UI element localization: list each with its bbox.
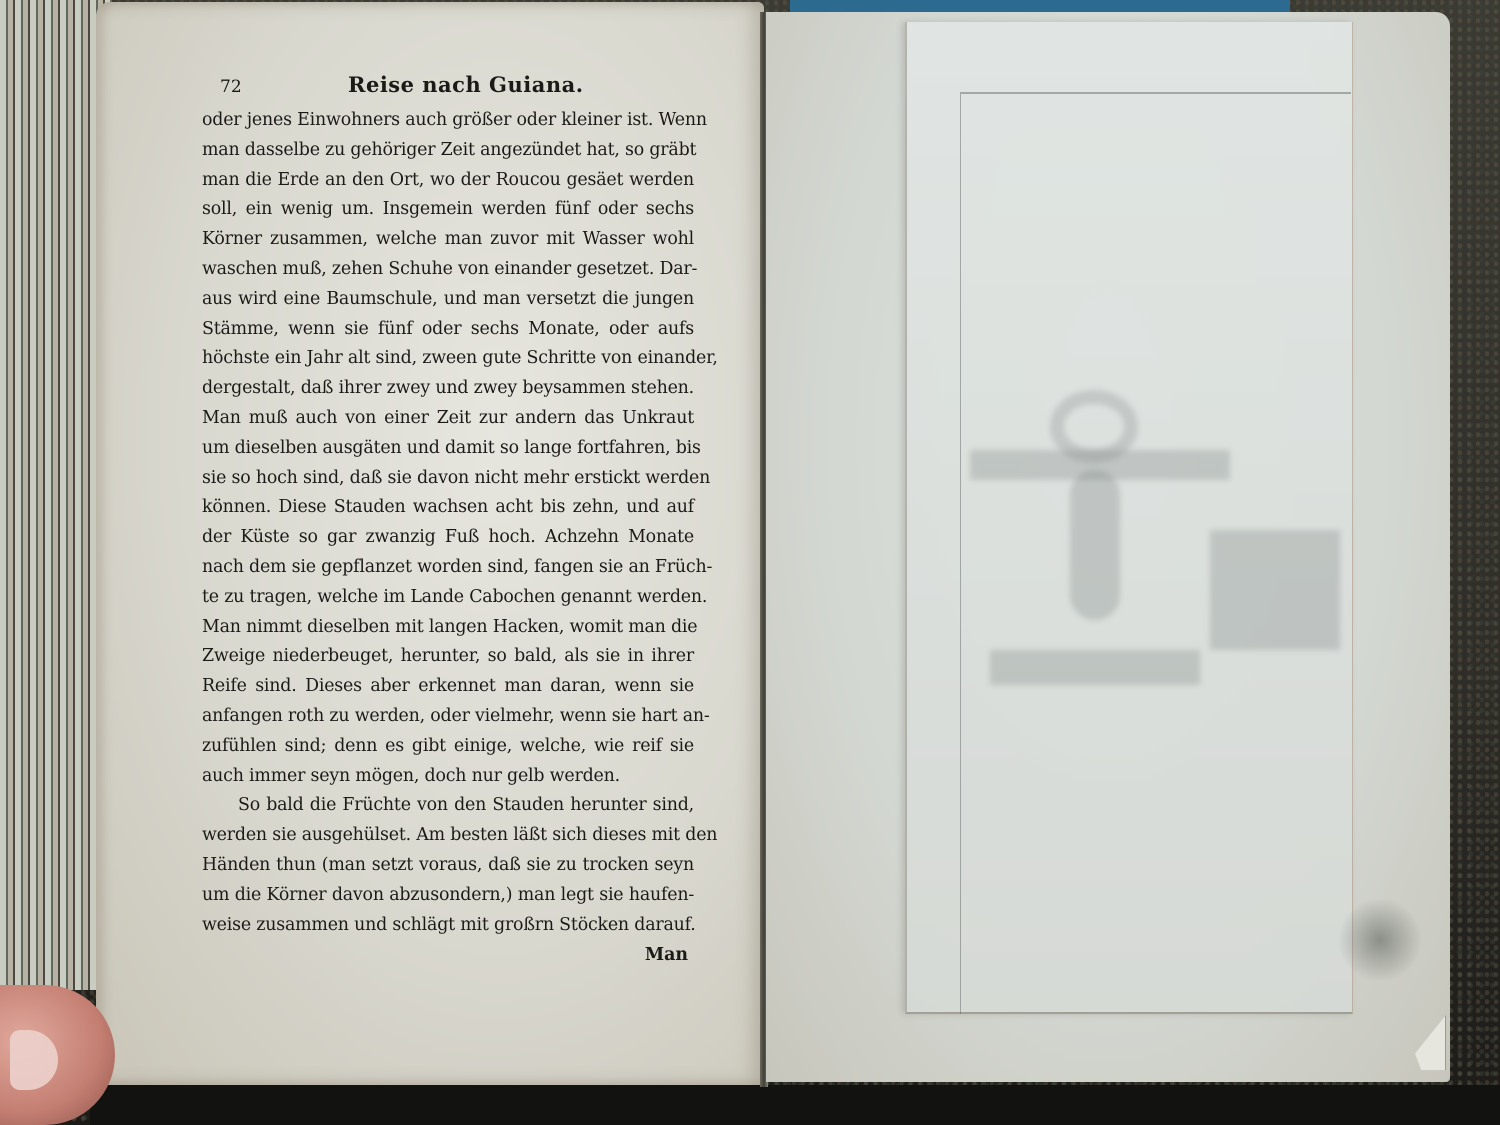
dirt-smudge: [1335, 900, 1425, 980]
text-line: können. Diese Stauden wachsen acht bis z…: [202, 493, 694, 523]
text-line: oder jenes Einwohners auch größer oder k…: [202, 106, 694, 136]
text-line: höchste ein Jahr alt sind, zween gute Sc…: [202, 344, 694, 374]
paragraph-1: oder jenes Einwohners auch größer oder k…: [202, 106, 694, 791]
catchword: Man: [202, 940, 694, 970]
text-line: Körner zusammen, welche man zuvor mit Wa…: [202, 225, 694, 255]
text-line: So bald die Früchte von den Stauden heru…: [202, 791, 694, 821]
text-line: aus wird eine Baumschule, und man verset…: [202, 285, 694, 315]
text-line: man dasselbe zu gehöriger Zeit angezünde…: [202, 136, 694, 166]
text-line: zufühlen sind; denn es gibt einige, welc…: [202, 732, 694, 762]
text-line: Händen thun (man setzt voraus, daß sie z…: [202, 851, 694, 881]
text-line: der Küste so gar zwanzig Fuß hoch. Achze…: [202, 523, 694, 553]
text-line: soll, ein wenig um. Insgemein werden fün…: [202, 195, 694, 225]
text-line: Man muß auch von einer Zeit zur andern d…: [202, 404, 694, 434]
text-line: weise zusammen und schlägt mit großrn St…: [202, 911, 694, 941]
text-line: man die Erde an den Ort, wo der Roucou g…: [202, 166, 694, 196]
text-line: werden sie ausgehülset. Am besten läßt s…: [202, 821, 694, 851]
text-line: nach dem sie gepflanzet worden sind, fan…: [202, 553, 694, 583]
show-through-shape: [990, 650, 1200, 685]
paragraph-2: So bald die Früchte von den Stauden heru…: [202, 791, 694, 940]
text-line: um dieselben ausgäten und damit so lange…: [202, 434, 694, 464]
running-title: Reise nach Guiana.: [348, 72, 584, 97]
text-line: te zu tragen, welche im Lande Cabochen g…: [202, 583, 694, 613]
page-number: 72: [202, 77, 348, 97]
text-line: Stämme, wenn sie fünf oder sechs Monate,…: [202, 315, 694, 345]
blue-book-cover-edge: [790, 0, 1290, 12]
text-line: anfangen roth zu werden, oder vielmehr, …: [202, 702, 694, 732]
text-line: dergestalt, daß ihrer zwey und zwey beys…: [202, 374, 694, 404]
book-photo: 72 Reise nach Guiana. oder jenes Einwohn…: [0, 0, 1500, 1125]
text-line: waschen muß, zehen Schuhe von einander g…: [202, 255, 694, 285]
text-line: auch immer seyn mögen, doch nur gelb wer…: [202, 762, 694, 792]
text-line: sie so hoch sind, daß sie davon nicht me…: [202, 464, 694, 494]
left-page-text: 72 Reise nach Guiana. oder jenes Einwohn…: [202, 72, 694, 970]
text-line: Man nimmt dieselben mit langen Hacken, w…: [202, 613, 694, 643]
text-line: um die Körner davon abzusondern,) man le…: [202, 881, 694, 911]
show-through-shape: [1070, 470, 1120, 620]
text-line: Zweige niederbeuget, herunter, so bald, …: [202, 642, 694, 672]
running-head: 72 Reise nach Guiana.: [202, 72, 694, 106]
show-through-shape: [1210, 530, 1340, 650]
shadow-under-book: [90, 1085, 1500, 1125]
text-line: Reife sind. Dieses aber erkennet man dar…: [202, 672, 694, 702]
